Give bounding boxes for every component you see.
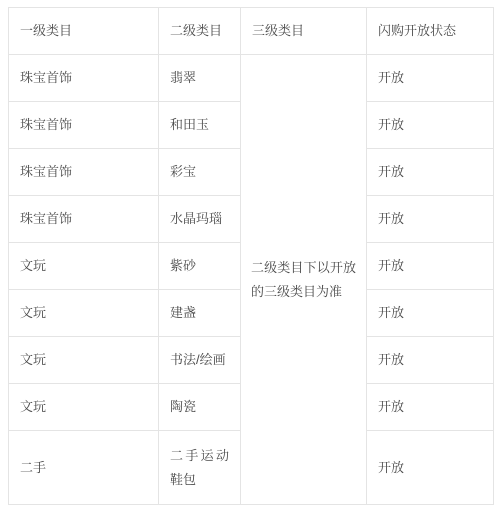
cell-flash-sale-status: 开放 <box>367 431 494 505</box>
cell-level2-category: 建盏 <box>159 290 241 337</box>
header-level1-category: 一级类目 <box>9 8 159 55</box>
header-row: 一级类目 二级类目 三级类目 闪购开放状态 <box>9 8 494 55</box>
table-body: 珠宝首饰翡翠二级类目下以开放的三级类目为准开放珠宝首饰和田玉开放珠宝首饰彩宝开放… <box>9 55 494 505</box>
cell-level2-category: 彩宝 <box>159 149 241 196</box>
cell-level2-category: 和田玉 <box>159 102 241 149</box>
cell-flash-sale-status: 开放 <box>367 290 494 337</box>
cell-level1-category: 珠宝首饰 <box>9 149 159 196</box>
cell-level1-category: 文玩 <box>9 337 159 384</box>
header-level3-category: 三级类目 <box>241 8 367 55</box>
cell-flash-sale-status: 开放 <box>367 196 494 243</box>
cell-level2-category: 紫砂 <box>159 243 241 290</box>
cell-level1-category: 文玩 <box>9 290 159 337</box>
cell-flash-sale-status: 开放 <box>367 102 494 149</box>
header-level2-category: 二级类目 <box>159 8 241 55</box>
cell-level2-category: 二手运动鞋包 <box>159 431 241 505</box>
cell-level1-category: 珠宝首饰 <box>9 102 159 149</box>
header-flash-sale-status: 闪购开放状态 <box>367 8 494 55</box>
cell-level1-category: 文玩 <box>9 243 159 290</box>
cell-flash-sale-status: 开放 <box>367 384 494 431</box>
cell-flash-sale-status: 开放 <box>367 337 494 384</box>
cell-level2-category: 翡翠 <box>159 55 241 102</box>
cell-level1-category: 珠宝首饰 <box>9 55 159 102</box>
cell-level1-category: 二手 <box>9 431 159 505</box>
cell-level1-category: 珠宝首饰 <box>9 196 159 243</box>
cell-level2-category: 水晶玛瑙 <box>159 196 241 243</box>
cell-level2-category: 书法/绘画 <box>159 337 241 384</box>
cell-flash-sale-status: 开放 <box>367 149 494 196</box>
flash-sale-category-table: 一级类目 二级类目 三级类目 闪购开放状态 珠宝首饰翡翠二级类目下以开放的三级类… <box>8 7 494 505</box>
page: 一级类目 二级类目 三级类目 闪购开放状态 珠宝首饰翡翠二级类目下以开放的三级类… <box>0 7 500 520</box>
cell-level3-merged-note: 二级类目下以开放的三级类目为准 <box>241 55 367 505</box>
cell-level1-category: 文玩 <box>9 384 159 431</box>
cell-flash-sale-status: 开放 <box>367 55 494 102</box>
cell-flash-sale-status: 开放 <box>367 243 494 290</box>
cell-level2-category: 陶瓷 <box>159 384 241 431</box>
table-row: 珠宝首饰翡翠二级类目下以开放的三级类目为准开放 <box>9 55 494 102</box>
